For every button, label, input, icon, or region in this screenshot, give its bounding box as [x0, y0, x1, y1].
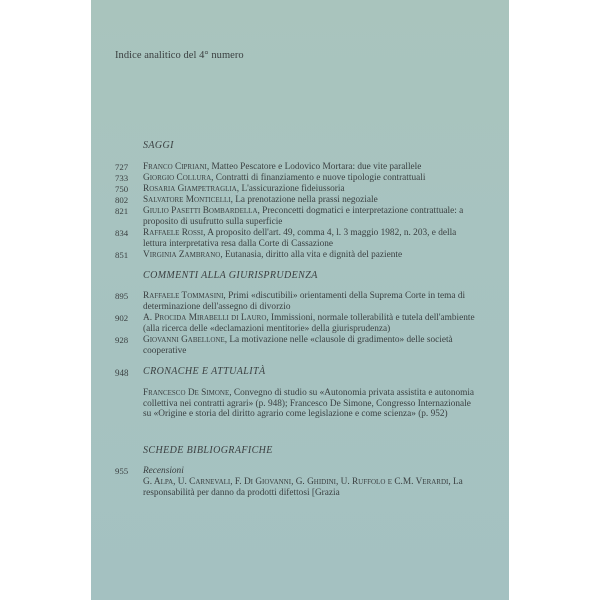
toc-entry: 834 Raffaele Rossi, A proposito dell'art…	[115, 228, 475, 249]
toc-entry: 902 A. Procida Mirabelli di Lauro, Immis…	[115, 313, 475, 334]
entry-author: Giovanni Gabellone	[143, 335, 225, 345]
entry-author: Francesco De Simone	[143, 388, 229, 398]
subheading-label: Recensioni	[143, 466, 184, 476]
section-heading-schede: SCHEDE BIBLIOGRAFICHE	[143, 445, 273, 456]
entry-author: Giorgio Collura	[143, 173, 211, 183]
toc-entry: 733 Giorgio Collura, Contratti di finanz…	[115, 173, 475, 184]
section-page-number: 948	[115, 368, 129, 378]
entry-page-number: 902	[115, 313, 128, 324]
section-heading-cronache: CRONACHE E ATTUALITÀ	[143, 366, 265, 377]
entry-title: , Eutanasia, diritto alla vita e dignità…	[220, 250, 402, 260]
section-heading-commenti: COMMENTI ALLA GIURISPRUDENZA	[143, 270, 318, 281]
entry-page-number: 733	[115, 173, 128, 184]
entry-page-number: 834	[115, 228, 128, 239]
toc-entry: 727 Franco Cipriani, Matteo Pescatore e …	[115, 162, 475, 173]
entry-author: Virginia Zambrano	[143, 250, 220, 260]
toc-entry: 895 Raffaele Tommasini, Primi «discutibi…	[115, 291, 475, 312]
entry-author: Franco Cipriani	[143, 162, 207, 172]
entry-page-number: 895	[115, 291, 128, 302]
entry-page-number: 851	[115, 250, 128, 261]
entry-author: Raffaele Rossi	[143, 228, 203, 238]
entry-page-number: 821	[115, 206, 128, 217]
entry-title: , L'assicurazione fideiussoria	[237, 184, 345, 194]
entry-page-number: 750	[115, 184, 128, 195]
entry-author: G. Alpa, U. Carnevali, F. Di Giovanni, G…	[143, 477, 448, 487]
toc-entry: 802 Salvatore Monticelli, La prenotazion…	[115, 195, 475, 206]
toc-entry: 750 Rosaria Giampetraglia, L'assicurazio…	[115, 184, 475, 195]
entry-author: A. Procida Mirabelli di Lauro	[143, 313, 266, 323]
page-title: Indice analitico del 4° numero	[115, 50, 244, 61]
entry-page-number: 802	[115, 195, 128, 206]
entry-title: , Matteo Pescatore e Lodovico Mortara: d…	[207, 162, 422, 172]
toc-entry: 928 Giovanni Gabellone, La motivazione n…	[115, 335, 475, 356]
document-page: Indice analitico del 4° numero SAGGI 727…	[91, 0, 509, 600]
section-heading-saggi: SAGGI	[143, 140, 174, 151]
entry-author: Raffaele Tommasini	[143, 291, 223, 301]
toc-subheading: 955 Recensioni	[115, 466, 475, 477]
toc-entry: Francesco De Simone, Convegno di studio …	[115, 388, 475, 420]
entry-page-number: 928	[115, 335, 128, 346]
entry-title: , La prenotazione nella prassi negoziale	[231, 195, 378, 205]
entry-title: , Contratti di finanziamento e nuove tip…	[211, 173, 425, 183]
entry-author: Rosaria Giampetraglia	[143, 184, 237, 194]
entry-page-number: 955	[115, 466, 128, 477]
toc-entry: 821 Giulio Pasetti Bombardella, Preconce…	[115, 206, 475, 227]
entry-author: Giulio Pasetti Bombardella	[143, 206, 258, 216]
entry-author: Salvatore Monticelli	[143, 195, 231, 205]
toc-entry: G. Alpa, U. Carnevali, F. Di Giovanni, G…	[115, 477, 475, 498]
toc-entry: 851 Virginia Zambrano, Eutanasia, diritt…	[115, 250, 475, 261]
entry-page-number: 727	[115, 162, 128, 173]
